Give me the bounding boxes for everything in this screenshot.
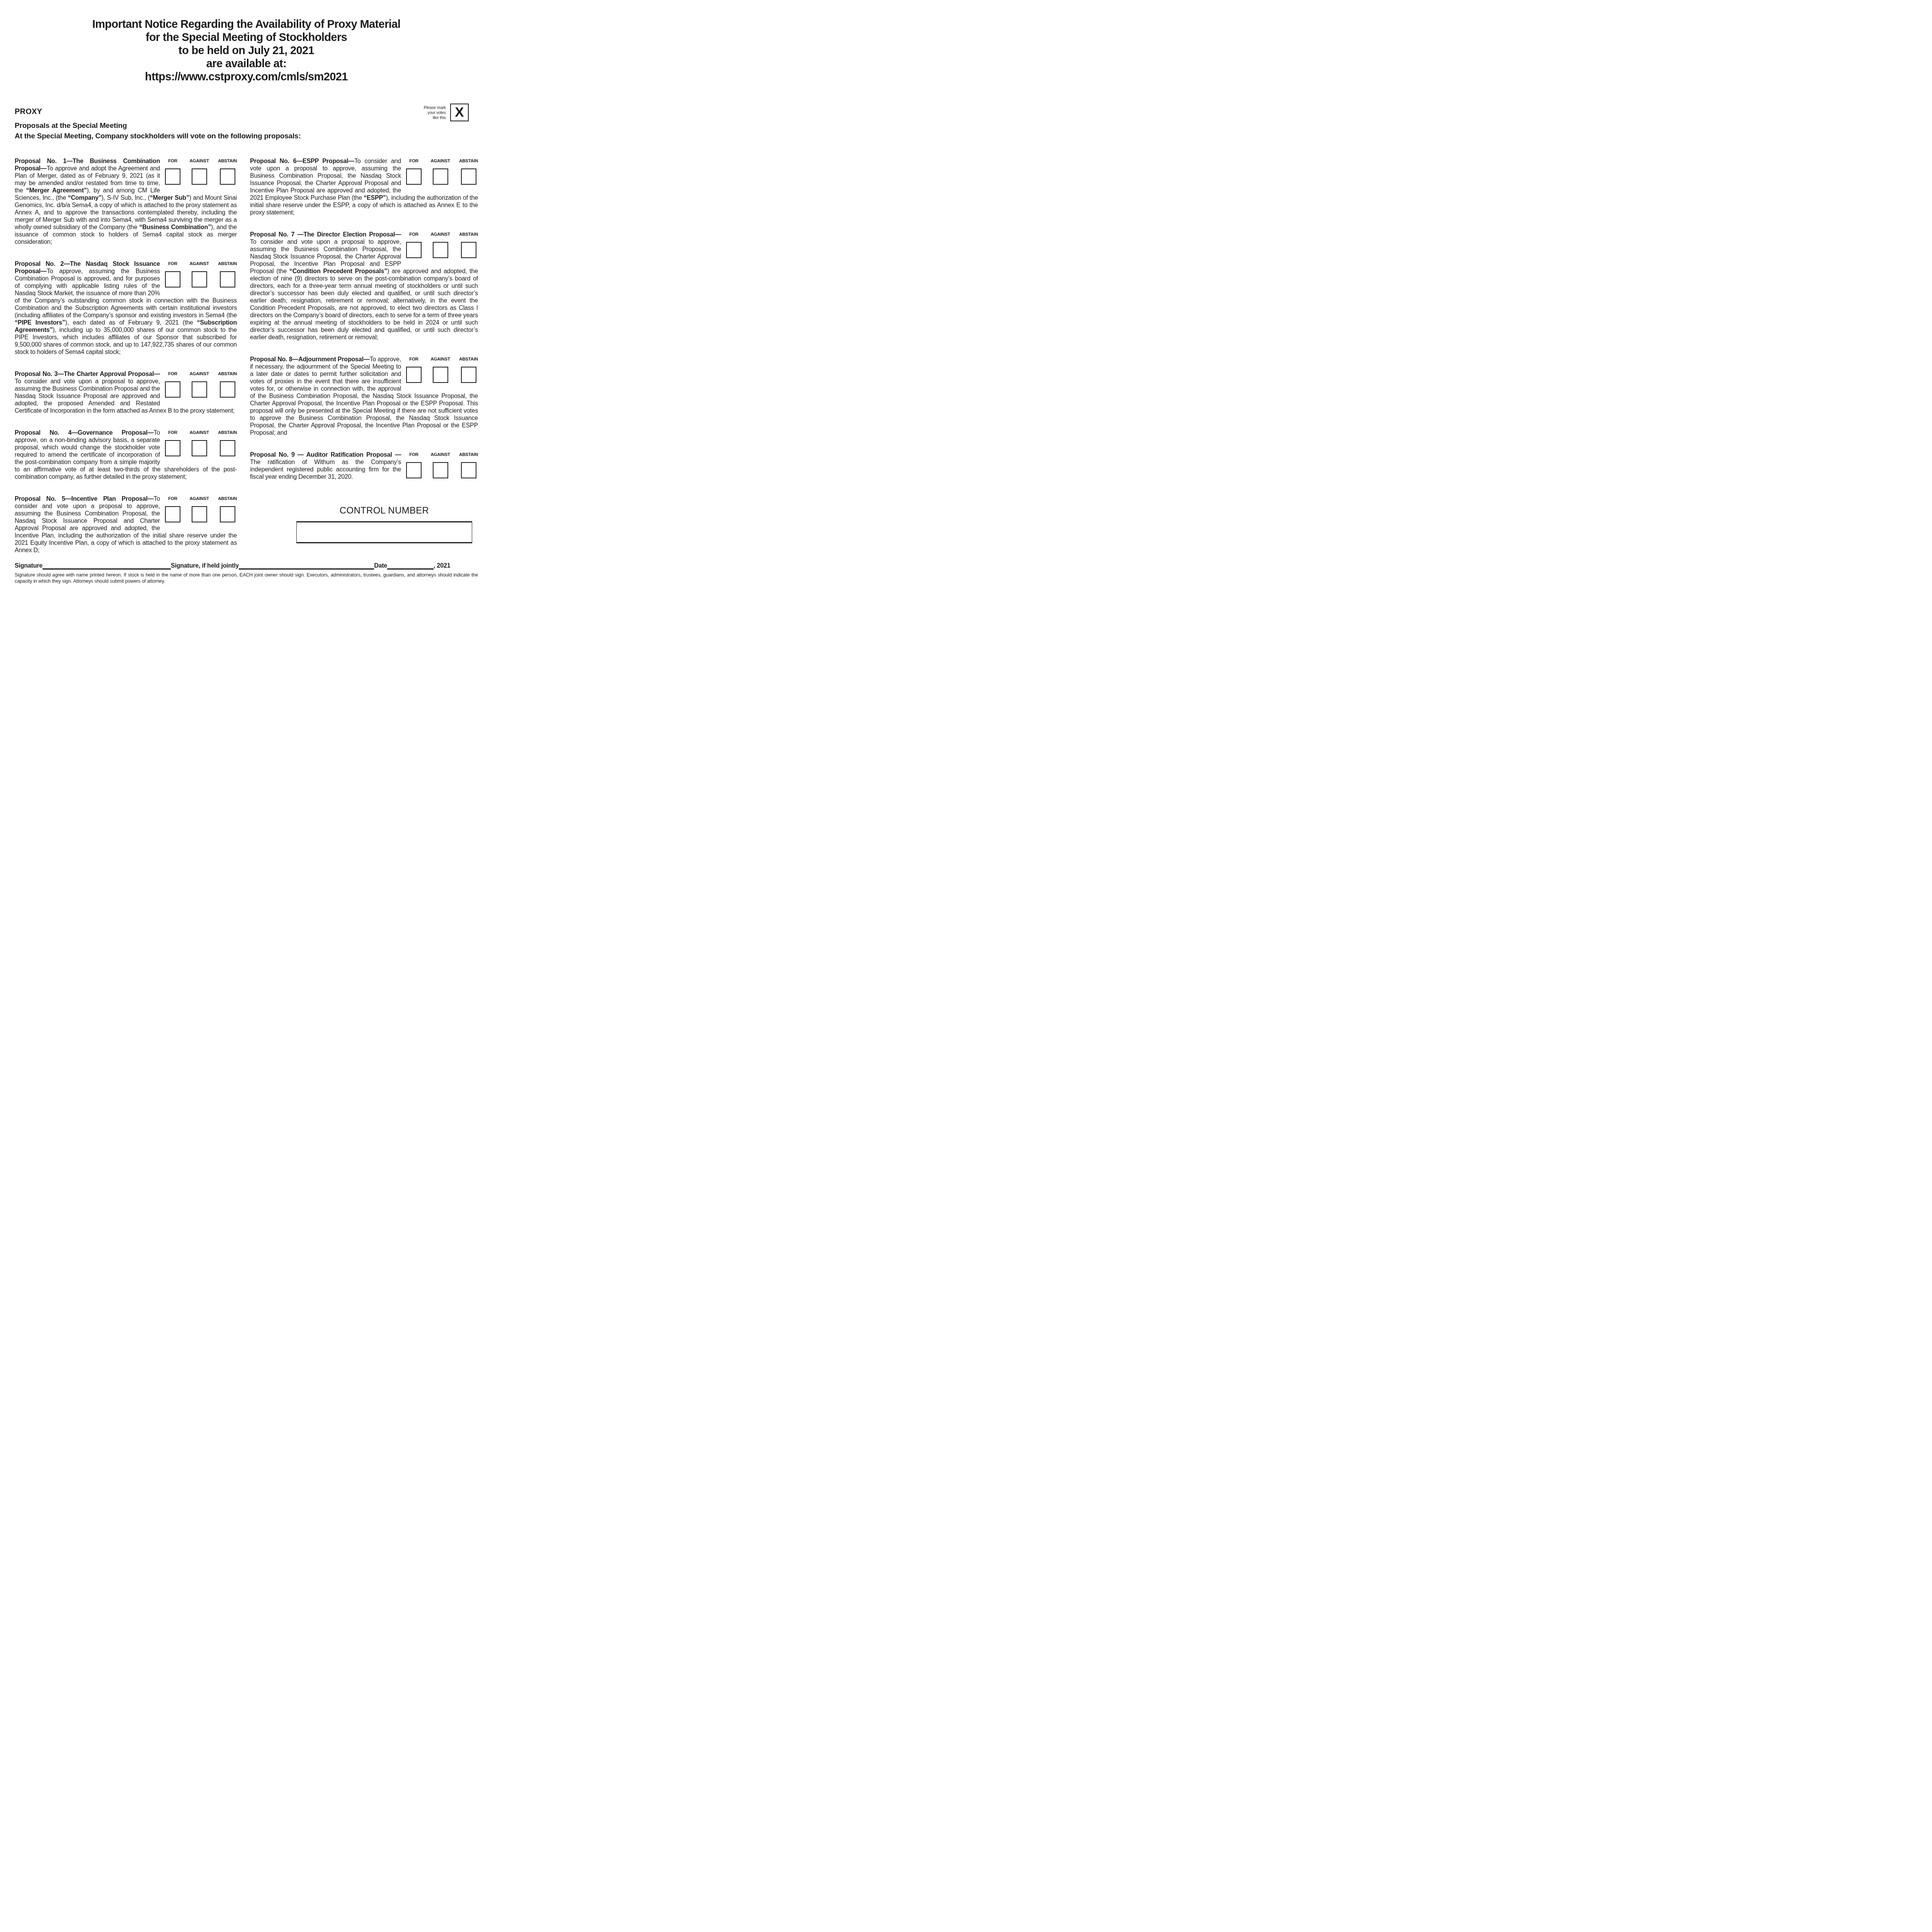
proposal-9-against-option: AGAINST bbox=[430, 451, 450, 478]
against-label: AGAINST bbox=[189, 371, 209, 378]
joint-signature-label: Signature, if held jointly bbox=[171, 563, 239, 570]
proposal-2-against-checkbox[interactable] bbox=[192, 271, 207, 287]
notice-line-2: for the Special Meeting of Stockholders bbox=[15, 31, 478, 44]
proposal-9-abstain-option: ABSTAIN bbox=[459, 451, 478, 478]
proposal-1: FOR AGAINST ABSTAIN Proposal No. 1—The B… bbox=[15, 158, 237, 246]
against-label: AGAINST bbox=[430, 451, 450, 459]
proposal-4-abstain-checkbox[interactable] bbox=[220, 440, 235, 456]
proposal-7-abstain-option: ABSTAIN bbox=[459, 231, 478, 258]
proposal-8-for-option: FOR bbox=[406, 356, 422, 383]
signature-instructions: Signature should agree with name printed… bbox=[15, 572, 478, 584]
proposal-7-vote-block: FOR AGAINST ABSTAIN bbox=[406, 231, 478, 258]
for-label: FOR bbox=[409, 356, 418, 363]
proposal-columns: FOR AGAINST ABSTAIN Proposal No. 1—The B… bbox=[15, 158, 478, 554]
signature-field[interactable] bbox=[43, 562, 171, 570]
notice-url: https://www.cstproxy.com/cmls/sm2021 bbox=[15, 70, 478, 83]
for-label: FOR bbox=[168, 260, 177, 268]
abstain-label: ABSTAIN bbox=[218, 260, 237, 268]
mark-example-box: X bbox=[450, 104, 469, 121]
proposal-3-for-option: FOR bbox=[165, 371, 180, 398]
notice-header: Important Notice Regarding the Availabil… bbox=[15, 18, 478, 83]
proposal-9-abstain-checkbox[interactable] bbox=[461, 462, 476, 478]
abstain-label: ABSTAIN bbox=[459, 451, 478, 459]
proposal-5: FOR AGAINST ABSTAIN Proposal No. 5—Incen… bbox=[15, 495, 237, 554]
for-label: FOR bbox=[409, 231, 418, 238]
proposal-1-against-checkbox[interactable] bbox=[192, 168, 207, 185]
proposal-4-against-option: AGAINST bbox=[189, 429, 209, 456]
proposal-9-against-checkbox[interactable] bbox=[433, 462, 448, 478]
mark-note: Please mark your votes like this X bbox=[424, 104, 469, 121]
proposal-5-for-checkbox[interactable] bbox=[165, 506, 180, 522]
for-label: FOR bbox=[409, 158, 418, 165]
proposal-7-abstain-checkbox[interactable] bbox=[461, 242, 476, 258]
proposal-9-vote-block: FOR AGAINST ABSTAIN bbox=[406, 451, 478, 478]
proposal-1-for-option: FOR bbox=[165, 158, 180, 185]
against-label: AGAINST bbox=[189, 158, 209, 165]
proposal-8: FOR AGAINST ABSTAIN Proposal No. 8—Adjou… bbox=[250, 356, 478, 437]
proposal-8-abstain-option: ABSTAIN bbox=[459, 356, 478, 383]
year-suffix: , 2021 bbox=[434, 563, 450, 570]
proposal-8-against-checkbox[interactable] bbox=[433, 367, 448, 383]
proposal-8-abstain-checkbox[interactable] bbox=[461, 367, 476, 383]
joint-signature-field[interactable] bbox=[239, 562, 374, 570]
against-label: AGAINST bbox=[430, 231, 450, 238]
mark-example-x: X bbox=[455, 105, 464, 120]
proposal-7-against-checkbox[interactable] bbox=[433, 242, 448, 258]
mark-note-text: Please mark your votes like this bbox=[424, 105, 446, 121]
against-label: AGAINST bbox=[189, 260, 209, 268]
proposal-5-for-option: FOR bbox=[165, 495, 180, 522]
abstain-label: ABSTAIN bbox=[218, 158, 237, 165]
mark-note-line-3: like this bbox=[424, 116, 446, 121]
proposal-7-for-checkbox[interactable] bbox=[406, 242, 422, 258]
proposal-6-for-checkbox[interactable] bbox=[406, 168, 422, 185]
proposal-8-against-option: AGAINST bbox=[430, 356, 450, 383]
proposal-9-for-option: FOR bbox=[406, 451, 422, 478]
proposal-6-for-option: FOR bbox=[406, 158, 422, 185]
abstain-label: ABSTAIN bbox=[459, 231, 478, 238]
proposal-6-against-option: AGAINST bbox=[430, 158, 450, 185]
proposal-5-against-checkbox[interactable] bbox=[192, 506, 207, 522]
for-label: FOR bbox=[168, 429, 177, 437]
abstain-label: ABSTAIN bbox=[459, 356, 478, 363]
proposal-6: FOR AGAINST ABSTAIN Proposal No. 6—ESPP … bbox=[250, 158, 478, 216]
proposal-4-vote-block: FOR AGAINST ABSTAIN bbox=[165, 429, 237, 456]
notice-line-1: Important Notice Regarding the Availabil… bbox=[15, 18, 478, 31]
proposal-1-vote-block: FOR AGAINST ABSTAIN bbox=[165, 158, 237, 185]
proposal-4-for-option: FOR bbox=[165, 429, 180, 456]
for-label: FOR bbox=[409, 451, 418, 459]
against-label: AGAINST bbox=[189, 429, 209, 437]
proposal-4-for-checkbox[interactable] bbox=[165, 440, 180, 456]
proposal-6-vote-block: FOR AGAINST ABSTAIN bbox=[406, 158, 478, 185]
voting-instruction: At the Special Meeting, Company stockhol… bbox=[15, 132, 478, 141]
proposal-5-abstain-checkbox[interactable] bbox=[220, 506, 235, 522]
proposal-3-vote-block: FOR AGAINST ABSTAIN bbox=[165, 371, 237, 398]
mark-note-line-1: Please mark bbox=[424, 105, 446, 111]
proposal-2-abstain-checkbox[interactable] bbox=[220, 271, 235, 287]
against-label: AGAINST bbox=[430, 356, 450, 363]
proposal-7: FOR AGAINST ABSTAIN Proposal No. 7 —The … bbox=[250, 231, 478, 341]
proposal-5-abstain-option: ABSTAIN bbox=[218, 495, 237, 522]
proposal-4-abstain-option: ABSTAIN bbox=[218, 429, 237, 456]
control-number-label: CONTROL NUMBER bbox=[296, 505, 472, 516]
proposal-7-for-option: FOR bbox=[406, 231, 422, 258]
against-label: AGAINST bbox=[189, 495, 209, 503]
proposal-2-for-checkbox[interactable] bbox=[165, 271, 180, 287]
proposal-4-against-checkbox[interactable] bbox=[192, 440, 207, 456]
proposal-4: FOR AGAINST ABSTAIN Proposal No. 4—Gover… bbox=[15, 429, 237, 481]
proposal-8-vote-block: FOR AGAINST ABSTAIN bbox=[406, 356, 478, 383]
proposal-9-for-checkbox[interactable] bbox=[406, 462, 422, 478]
proposal-1-abstain-option: ABSTAIN bbox=[218, 158, 237, 185]
for-label: FOR bbox=[168, 371, 177, 378]
notice-line-3: to be held on July 21, 2021 bbox=[15, 44, 478, 57]
proposal-3: FOR AGAINST ABSTAIN Proposal No. 3—The C… bbox=[15, 371, 237, 415]
right-column: FOR AGAINST ABSTAIN Proposal No. 6—ESPP … bbox=[250, 158, 478, 554]
proposal-2-for-option: FOR bbox=[165, 260, 180, 287]
notice-line-4: are available at: bbox=[15, 57, 478, 70]
proposal-3-against-option: AGAINST bbox=[189, 371, 209, 398]
signature-label: Signature bbox=[15, 563, 43, 570]
proxy-label: PROXY bbox=[15, 107, 478, 116]
date-label: Date bbox=[374, 563, 387, 570]
proxy-card-page: Important Notice Regarding the Availabil… bbox=[0, 0, 493, 632]
proposal-9: FOR AGAINST ABSTAIN Proposal No. 9 — Aud… bbox=[250, 451, 478, 488]
control-number-section: CONTROL NUMBER bbox=[296, 505, 472, 543]
proposal-2-abstain-option: ABSTAIN bbox=[218, 260, 237, 287]
proposal-7-against-option: AGAINST bbox=[430, 231, 450, 258]
proposal-6-against-checkbox[interactable] bbox=[433, 168, 448, 185]
left-column: FOR AGAINST ABSTAIN Proposal No. 1—The B… bbox=[15, 158, 237, 554]
against-label: AGAINST bbox=[430, 158, 450, 165]
abstain-label: ABSTAIN bbox=[459, 158, 478, 165]
proposal-5-vote-block: FOR AGAINST ABSTAIN bbox=[165, 495, 237, 522]
abstain-label: ABSTAIN bbox=[218, 495, 237, 503]
proposal-3-abstain-checkbox[interactable] bbox=[220, 381, 235, 398]
proposal-5-against-option: AGAINST bbox=[189, 495, 209, 522]
for-label: FOR bbox=[168, 495, 177, 503]
proposal-2-against-option: AGAINST bbox=[189, 260, 209, 287]
mark-note-line-2: your votes bbox=[424, 111, 446, 116]
proposal-3-for-checkbox[interactable] bbox=[165, 381, 180, 398]
abstain-label: ABSTAIN bbox=[218, 371, 237, 378]
abstain-label: ABSTAIN bbox=[218, 429, 237, 437]
proposal-8-for-checkbox[interactable] bbox=[406, 367, 422, 383]
intro-section: PROXY Proposals at the Special Meeting A… bbox=[15, 107, 478, 141]
proposal-1-abstain-checkbox[interactable] bbox=[220, 168, 235, 185]
proposal-2: FOR AGAINST ABSTAIN Proposal No. 2—The N… bbox=[15, 260, 237, 356]
proposal-1-against-option: AGAINST bbox=[189, 158, 209, 185]
for-label: FOR bbox=[168, 158, 177, 165]
control-number-box[interactable] bbox=[296, 521, 472, 543]
proposal-6-abstain-checkbox[interactable] bbox=[461, 168, 476, 185]
proposal-6-abstain-option: ABSTAIN bbox=[459, 158, 478, 185]
section-subtitle: Proposals at the Special Meeting bbox=[15, 122, 478, 130]
proposal-2-vote-block: FOR AGAINST ABSTAIN bbox=[165, 260, 237, 287]
proposal-3-abstain-option: ABSTAIN bbox=[218, 371, 237, 398]
date-field[interactable] bbox=[387, 562, 434, 570]
proposal-3-against-checkbox[interactable] bbox=[192, 381, 207, 398]
signature-row: Signature Signature, if held jointly Dat… bbox=[15, 562, 478, 570]
proposal-1-for-checkbox[interactable] bbox=[165, 168, 180, 185]
